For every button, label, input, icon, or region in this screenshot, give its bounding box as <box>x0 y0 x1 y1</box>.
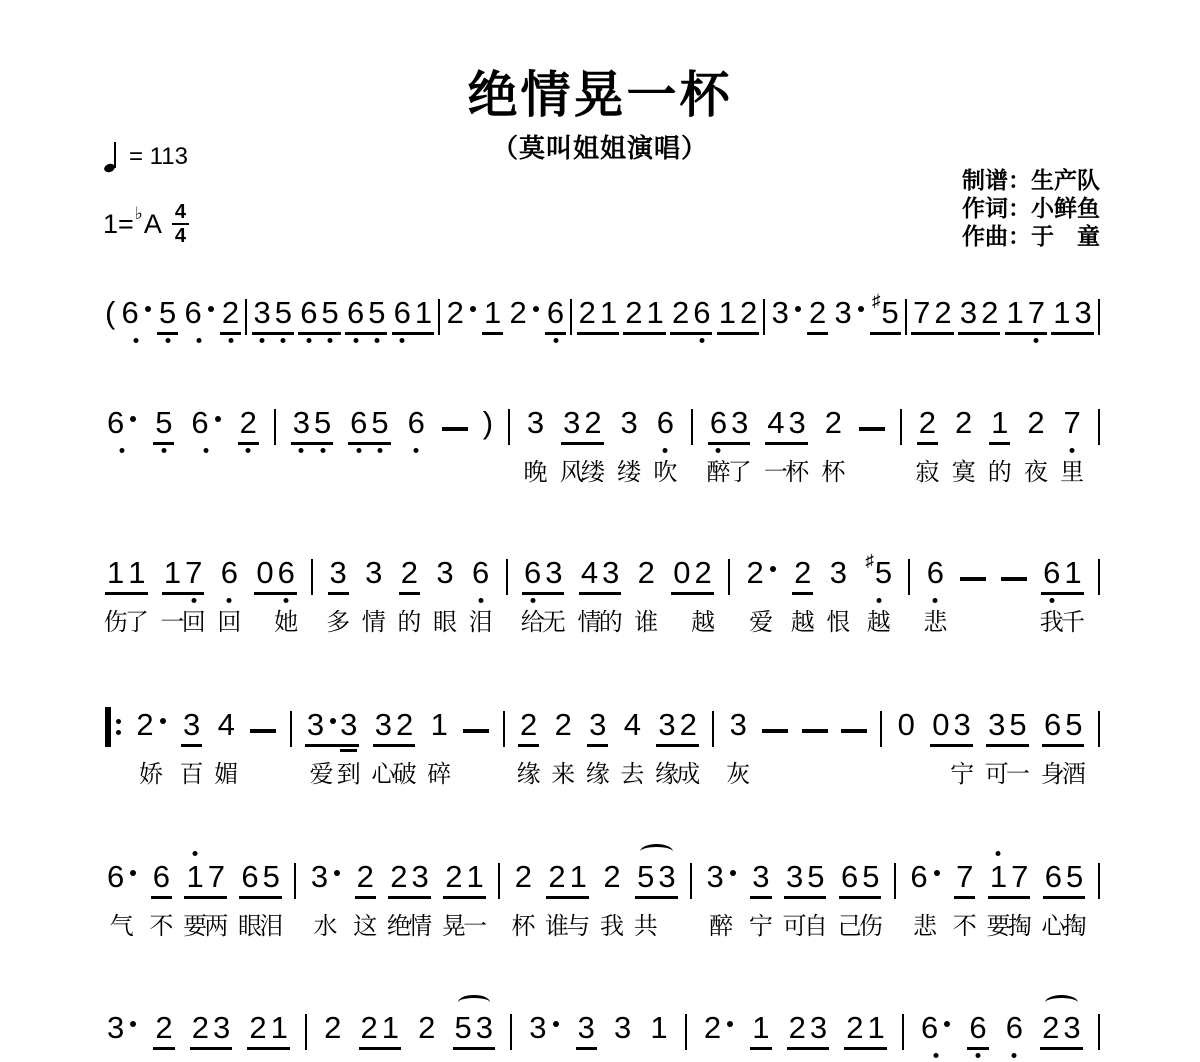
lyric-text: 夜 <box>1024 456 1048 490</box>
note-number: 3 <box>311 860 328 894</box>
beam-group: 2的 <box>399 556 420 595</box>
note-number: 6 <box>122 296 139 330</box>
note: 6心 <box>1043 860 1064 896</box>
barline <box>690 863 692 899</box>
note: 3爱 <box>305 708 338 744</box>
note: 2娇 <box>134 708 167 747</box>
barline <box>506 559 508 595</box>
note: 7 <box>911 296 932 332</box>
note: 3 <box>576 1011 597 1047</box>
note-number: 1 <box>271 1011 288 1045</box>
note-number: 3 <box>589 708 606 742</box>
note: 3 <box>211 1011 232 1047</box>
octave-down-dot-icon <box>699 338 704 343</box>
beam-group: 06她 <box>254 556 297 595</box>
beam-group: 17 <box>1005 296 1048 335</box>
note: 3无 <box>543 556 564 592</box>
note: 3眼 <box>434 556 455 595</box>
note-number: 3 <box>658 708 675 742</box>
note-number: 2 <box>401 556 418 590</box>
note: 3的 <box>600 556 621 592</box>
note-number: 3 <box>621 406 638 440</box>
beam-group: 2 <box>153 1011 174 1050</box>
lyric-text: 多 <box>326 606 350 640</box>
note: 3情 <box>410 860 431 896</box>
octave-down-dot-icon <box>478 598 483 603</box>
note-number: 5 <box>862 860 879 894</box>
octave-up-dot-icon <box>996 851 1001 856</box>
note: 5 <box>273 296 294 332</box>
note: 2 <box>623 296 644 332</box>
note-number: 1 <box>1053 296 1070 330</box>
note-number: 6 <box>710 406 727 440</box>
note-number: 2 <box>361 1011 378 1045</box>
note-number: 2 <box>509 296 526 330</box>
flat-icon: ♭ <box>135 204 143 224</box>
beam-group: 2越 <box>792 556 813 595</box>
lyric-text: 与 <box>566 910 590 944</box>
note: 6 <box>120 296 153 335</box>
note: 3 <box>612 1011 633 1050</box>
note: 3心 <box>373 708 394 744</box>
barline <box>691 409 693 445</box>
augmentation-dot-icon <box>795 306 801 312</box>
note-number: 3 <box>1074 296 1091 330</box>
note-number: 6 <box>278 556 295 590</box>
note: 2 <box>932 296 953 332</box>
note-number: 3 <box>365 556 382 590</box>
lyric-text: 娇 <box>139 758 163 792</box>
beam-group: 23 <box>190 1011 233 1050</box>
repeat-dots <box>116 719 121 735</box>
note: 1 <box>1051 296 1072 332</box>
note: 3 <box>474 1011 495 1047</box>
note-number: 2 <box>579 296 596 330</box>
note: 2 <box>1040 1011 1061 1047</box>
note-number: 2 <box>1042 1011 1059 1045</box>
beam-group: 23 <box>787 1011 830 1050</box>
augmentation-dot-icon <box>130 416 136 422</box>
note-number: 2 <box>324 1011 341 1045</box>
beam-group: 1一7回 <box>162 556 205 595</box>
beam-group: 65 <box>345 296 388 335</box>
octave-up-dot-icon <box>193 851 198 856</box>
note-number: 6 <box>1043 556 1060 590</box>
octave-down-dot-icon <box>260 338 265 343</box>
note-number: 1 <box>467 860 484 894</box>
beam-group: 6 <box>545 296 566 335</box>
note: 4媚 <box>216 708 237 747</box>
note-number: 5 <box>875 556 892 590</box>
sharp-icon: ♯ <box>872 292 881 309</box>
key-signature: 1=♭A 4 4 <box>103 202 189 246</box>
beam-group: 2 <box>220 296 241 335</box>
note: 2 <box>787 1011 808 1047</box>
lyric-text: 宁 <box>749 910 773 944</box>
note-number: 2 <box>555 708 572 742</box>
note: 2破 <box>394 708 415 744</box>
note: 2 <box>238 406 259 442</box>
note: 3 <box>105 1011 138 1050</box>
lyric-text: 成 <box>676 758 700 792</box>
note: 3多 <box>328 556 349 592</box>
beam-group: 35 <box>252 296 295 335</box>
note-number: 2 <box>638 556 655 590</box>
note-number: 1 <box>647 296 664 330</box>
note: 6 <box>189 406 222 445</box>
beam-group: 26 <box>670 296 713 335</box>
note: 7 <box>1026 296 1047 332</box>
beam-group: 02越 <box>671 556 714 595</box>
note-number: 2 <box>396 708 413 742</box>
note: 2杯 <box>513 860 534 899</box>
note-number: 6 <box>347 296 364 330</box>
music-line-3: 1伤1了1一7回6回06她3多3情2的3眼6泪6给3无4情3的2谁02越2爱2越… <box>105 549 1100 595</box>
lyric-text: 伤 <box>859 910 883 944</box>
note: 1要 <box>184 860 205 896</box>
beam-group: 21 <box>623 296 666 335</box>
beam-group: 3缘2成 <box>656 708 699 747</box>
beam-group: 6给3无 <box>522 556 565 595</box>
note-number: 1 <box>164 556 181 590</box>
octave-down-dot-icon <box>356 448 361 453</box>
note-number: 3 <box>789 406 806 440</box>
note: 6她 <box>276 556 297 592</box>
lyric-text: 不 <box>953 910 977 944</box>
note-number: 3 <box>658 860 675 894</box>
note-number: 7 <box>956 860 973 894</box>
octave-down-dot-icon <box>284 598 289 603</box>
note-number: 2 <box>222 296 239 330</box>
barline <box>508 409 510 445</box>
note-number: 2 <box>240 406 257 440</box>
note: 6 <box>406 406 427 445</box>
note-number: 2 <box>695 556 712 590</box>
barline <box>1098 711 1100 747</box>
note-number: 3 <box>731 406 748 440</box>
beam-group: 4情3的 <box>579 556 622 595</box>
note-number: 3 <box>527 406 544 440</box>
augmentation-dot-icon <box>130 1021 136 1027</box>
note: 7两 <box>206 860 227 896</box>
note-number: 1 <box>1064 556 1081 590</box>
lyric-text: 掏 <box>1063 910 1087 944</box>
beam-group: 6心5掏 <box>1043 860 1086 899</box>
note: 3 <box>1061 1011 1082 1047</box>
lyric-text: 谁 <box>634 606 658 640</box>
octave-down-dot-icon <box>1034 338 1039 343</box>
beam-group: 5 <box>157 296 178 335</box>
note: 5掏 <box>1064 860 1085 896</box>
note: 1要 <box>988 860 1009 896</box>
augmentation-dot-icon <box>470 306 476 312</box>
note-number: 2 <box>704 1011 721 1045</box>
note-number: 5 <box>155 406 172 440</box>
note-number: 6 <box>184 296 201 330</box>
note: 2缕 <box>582 406 603 442</box>
note-number: 2 <box>548 860 565 894</box>
note: 6 <box>691 296 712 332</box>
note: 3 <box>770 296 803 335</box>
note-number: 2 <box>520 708 537 742</box>
music-line-2: 656235656)3晚3风2缕3缕6吹6醉3了4一3杯2杯2寂2寞1的2夜7里 <box>105 399 1100 445</box>
note-number: 6 <box>1045 860 1062 894</box>
octave-down-dot-icon <box>716 448 721 453</box>
note-number: 3 <box>213 1011 230 1045</box>
note-number: 3 <box>614 1011 631 1045</box>
note: 5一 <box>1007 708 1028 744</box>
note: 6气 <box>105 860 138 899</box>
note-number: 2 <box>357 860 374 894</box>
augmentation-dot-icon <box>330 718 336 724</box>
note: 6 <box>348 406 369 442</box>
note-number: 6 <box>1006 1011 1023 1045</box>
lyric-text: 的 <box>599 606 623 640</box>
beam-group: 6己5伤 <box>839 860 882 899</box>
beam-group: 2晃1一 <box>443 860 486 899</box>
augmentation-dot-icon <box>858 306 864 312</box>
lyric-text: 的 <box>397 606 421 640</box>
note-number: 2 <box>418 1011 435 1045</box>
beam-group: 65 <box>298 296 341 335</box>
note: 2夜 <box>1025 406 1046 445</box>
lyric-text: 恨 <box>826 606 850 640</box>
octave-down-dot-icon <box>1012 1053 1017 1058</box>
note: 2 <box>979 296 1000 332</box>
beam-group: 3风2缕 <box>561 406 604 445</box>
note-number: 5 <box>322 296 339 330</box>
lyric-text: 了 <box>125 606 149 640</box>
dash-note <box>762 729 788 733</box>
note-number: 2 <box>740 296 757 330</box>
octave-down-dot-icon <box>933 1053 938 1058</box>
beam-group: 1 <box>750 1011 771 1050</box>
note-number: 1 <box>128 556 145 590</box>
note-number: 5 <box>263 860 280 894</box>
octave-down-dot-icon <box>299 448 304 453</box>
lyric-text: 缕 <box>617 456 641 490</box>
lyric-text: 悲 <box>923 606 947 640</box>
note: 4情 <box>579 556 600 592</box>
note-number: 7 <box>1028 296 1045 330</box>
beam-group: 6我1千 <box>1041 556 1084 595</box>
note: 2我 <box>601 860 622 899</box>
beam-group: 21 <box>577 296 620 335</box>
barline <box>305 1014 307 1050</box>
lyric-text: 碎 <box>427 758 451 792</box>
time-signature: 4 4 <box>172 202 189 246</box>
lyric-text: 自 <box>804 910 828 944</box>
beam-group: 3 <box>576 1011 597 1050</box>
lyric-text: 酒 <box>1062 758 1086 792</box>
note: 6 <box>182 296 215 335</box>
lyric-text: 去 <box>620 758 644 792</box>
beam-group: 1要7掏 <box>988 860 1031 899</box>
barline <box>902 1014 904 1050</box>
lyric-text: 的 <box>988 456 1012 490</box>
barline <box>294 863 296 899</box>
note: 1 <box>269 1011 290 1047</box>
lyric-text: 气 <box>110 910 134 944</box>
beam-group: 2寂 <box>917 406 938 445</box>
octave-down-dot-icon <box>876 598 881 603</box>
note-number: 6 <box>153 860 170 894</box>
beam-group: 5 <box>153 406 174 445</box>
note-number: 5 <box>455 1011 472 1045</box>
dash-note <box>960 577 986 581</box>
note: 3风 <box>561 406 582 442</box>
augmentation-dot-icon <box>730 870 736 876</box>
lyric-text: 杯 <box>511 910 535 944</box>
note: 1伤 <box>105 556 126 592</box>
note-number: 3 <box>375 708 392 742</box>
note: 5共 <box>635 860 656 896</box>
note: 5 <box>157 296 178 332</box>
barline <box>510 1014 512 1050</box>
note-number: 6 <box>408 406 425 440</box>
note: 2 <box>807 296 828 332</box>
note-number: 7 <box>1064 406 1081 440</box>
note: 1 <box>717 296 738 332</box>
note-number: 1 <box>431 708 448 742</box>
note: 2 <box>445 296 478 335</box>
note: 2 <box>738 296 759 332</box>
note-number: 3 <box>1063 1011 1080 1045</box>
lyric-text: 水 <box>313 910 337 944</box>
note: 3缘 <box>587 708 608 744</box>
note: 0 <box>896 708 917 747</box>
note: 7里 <box>1062 406 1083 445</box>
note-number: 0 <box>256 556 273 590</box>
augmentation-dot-icon <box>934 870 940 876</box>
note-number: 6 <box>969 1011 986 1045</box>
note-number: 2 <box>445 860 462 894</box>
note: 6给 <box>522 556 543 592</box>
parenthesis: ) <box>483 406 493 445</box>
note: 2来 <box>553 708 574 747</box>
octave-down-dot-icon <box>400 338 405 343</box>
beam-group: 6醉3了 <box>708 406 751 445</box>
note: 3情 <box>363 556 384 595</box>
note-number: 2 <box>809 296 826 330</box>
note-number: 5 <box>881 296 898 330</box>
lyric-text: 千 <box>1061 606 1085 640</box>
octave-down-dot-icon <box>530 598 535 603</box>
barline <box>1098 299 1100 335</box>
barline <box>290 711 292 747</box>
octave-down-dot-icon <box>374 338 379 343</box>
note-number: 3 <box>254 296 271 330</box>
note: 3晚 <box>525 406 546 445</box>
lyric-text: 她 <box>274 606 298 640</box>
note: 1了 <box>126 556 147 592</box>
barline <box>438 299 440 335</box>
note-number: 5 <box>275 296 292 330</box>
octave-down-dot-icon <box>553 338 558 343</box>
note: 3百 <box>181 708 202 744</box>
note: 6 <box>345 296 366 332</box>
barline <box>1098 863 1100 899</box>
note: 3杯 <box>787 406 808 442</box>
lyric-text: 不 <box>149 910 173 944</box>
barline <box>1098 1014 1100 1050</box>
note: 2 <box>247 1011 268 1047</box>
note: 6不 <box>151 860 172 896</box>
parenthesis: ( <box>105 296 115 335</box>
song-title: 绝情晃一杯 <box>0 55 1200 127</box>
note-number: 1 <box>570 860 587 894</box>
note: 2越 <box>792 556 813 592</box>
note: 6我 <box>1041 556 1062 592</box>
lyric-text: 到 <box>337 758 361 792</box>
note-number: 5 <box>1066 860 1083 894</box>
note-number: 2 <box>447 296 464 330</box>
lyric-text: 两 <box>204 910 228 944</box>
note: 1 <box>1005 296 1026 332</box>
dash-note <box>250 729 276 733</box>
note: 6 <box>298 296 319 332</box>
music-line-1: (656235656561212621212612323♯572321713 <box>105 289 1100 335</box>
octave-down-dot-icon <box>191 598 196 603</box>
note: 2 <box>507 296 540 335</box>
note-number: 1 <box>719 296 736 330</box>
note: 6 <box>919 1011 952 1050</box>
note-number: 6 <box>693 296 710 330</box>
note-number: 2 <box>155 1011 172 1045</box>
beam-group: 6眼5泪 <box>239 860 282 899</box>
note: 5 <box>312 406 333 442</box>
note: 7回 <box>183 556 204 592</box>
tempo-value: = 113 <box>129 143 188 171</box>
quarter-note-icon <box>104 142 117 172</box>
lyric-text: 无 <box>542 606 566 640</box>
beam-group: 61 <box>392 296 435 335</box>
note: ♯5 <box>870 296 901 332</box>
beam-group: 3多 <box>328 556 349 595</box>
note-number: 1 <box>752 1011 769 1045</box>
beam-group: 3宁 <box>750 860 771 899</box>
note-number: 2 <box>794 556 811 590</box>
lyric-text: 情 <box>362 606 386 640</box>
barline <box>570 299 572 335</box>
lyric-text: 越 <box>691 606 715 640</box>
octave-down-dot-icon <box>228 338 233 343</box>
note-number: 6 <box>841 860 858 894</box>
note-number: 5 <box>371 406 388 440</box>
note-number: 3 <box>330 556 347 590</box>
note-number: 1 <box>600 296 617 330</box>
note-number: 1 <box>991 406 1008 440</box>
beam-group-slur: 23 <box>1040 1011 1083 1050</box>
note-number: 6 <box>300 296 317 330</box>
note: 3 <box>291 406 312 442</box>
lyric-text: 这 <box>353 910 377 944</box>
beam-group: 3缘 <box>587 708 608 747</box>
note: 2 <box>153 1011 174 1047</box>
note-number: 6 <box>241 860 258 894</box>
note: 3灰 <box>728 708 749 747</box>
note-number: 2 <box>934 296 951 330</box>
note: 1 <box>413 296 434 332</box>
note: 3到 <box>338 708 359 744</box>
octave-down-dot-icon <box>663 448 668 453</box>
octave-down-dot-icon <box>976 1053 981 1058</box>
note-number: 3 <box>786 860 803 894</box>
beam-group: 7不 <box>954 860 975 899</box>
note-number: 7 <box>185 556 202 590</box>
note: 1 <box>750 1011 771 1047</box>
barline <box>880 711 882 747</box>
